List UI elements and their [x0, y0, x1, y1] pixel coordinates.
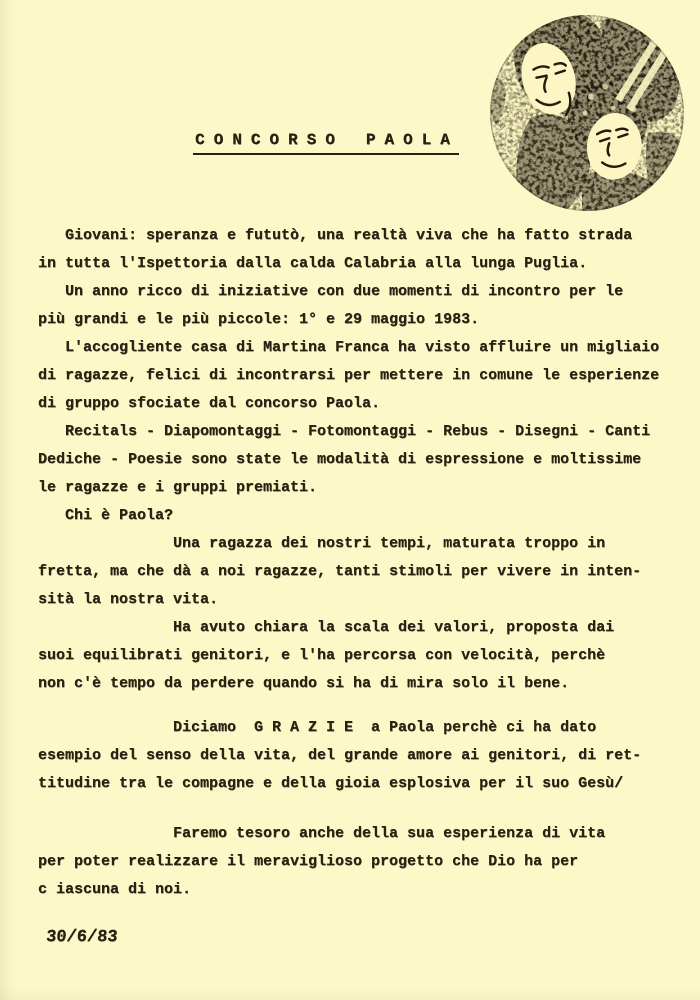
typewritten-line: non c'è tempo da perdere quando si ha di… — [38, 670, 678, 698]
typewritten-line: in tutta l'Ispettoria dalla calda Calabr… — [38, 250, 678, 278]
typewritten-line: Un anno ricco di iniziative con due mome… — [38, 278, 678, 306]
two-girls-halftone-photo-icon — [486, 12, 688, 214]
paragraph: Diciamo G R A Z I E a Paola perchè ci ha… — [38, 714, 678, 798]
paragraph: Chi è Paola? — [38, 502, 678, 530]
paragraph: Giovani: speranza e fututò, una realtà v… — [38, 222, 678, 278]
document-body: Giovani: speranza e fututò, una realtà v… — [38, 222, 678, 904]
document-page: CONCORSO PAOLA Giovani: speranza e futut… — [0, 0, 700, 1000]
paragraph: Faremo tesoro anche della sua esperienza… — [38, 820, 678, 904]
typewritten-line: Faremo tesoro anche della sua esperienza… — [38, 820, 678, 848]
typewritten-line: Dediche - Poesie sono state le modalità … — [38, 446, 678, 474]
typewritten-line: fretta, ma che dà a noi ragazze, tanti s… — [38, 558, 678, 586]
paragraph: L'accogliente casa di Martina Franca ha … — [38, 334, 678, 418]
paragraph: Recitals - Diapomontaggi - Fotomontaggi … — [38, 418, 678, 502]
paragraph: Un anno ricco di iniziative con due mome… — [38, 278, 678, 334]
typewritten-line: di gruppo sfociate dal concorso Paola. — [38, 390, 678, 418]
title-word-concorso: CONCORSO — [195, 131, 344, 149]
paragraph: Una ragazza dei nostri tempi, maturata t… — [38, 530, 678, 614]
typewritten-line: L'accogliente casa di Martina Franca ha … — [38, 334, 678, 362]
typewritten-line: di ragazze, felici di incontrarsi per me… — [38, 362, 678, 390]
typewritten-line: Una ragazza dei nostri tempi, maturata t… — [38, 530, 678, 558]
typewritten-line: più grandi e le più piccole: 1° e 29 mag… — [38, 306, 678, 334]
document-date: 30/6/83 — [45, 928, 118, 947]
typewritten-line: c iascuna di noi. — [38, 876, 678, 904]
title-word-paola: PAOLA — [366, 131, 459, 149]
paragraph: Ha avuto chiara la scala dei valori, pro… — [38, 614, 678, 698]
page-title: CONCORSO PAOLA — [193, 131, 459, 155]
typewritten-line: Chi è Paola? — [38, 502, 678, 530]
typewritten-line: per poter realizzare il meraviglioso pro… — [38, 848, 678, 876]
typewritten-line: Diciamo G R A Z I E a Paola perchè ci ha… — [38, 714, 678, 742]
typewritten-line: sità la nostra vita. — [38, 586, 678, 614]
typewritten-line: esempio del senso della vita, del grande… — [38, 742, 678, 770]
typewritten-line: titudine tra le compagne e della gioia e… — [38, 770, 678, 798]
typewritten-line: Recitals - Diapomontaggi - Fotomontaggi … — [38, 418, 678, 446]
typewritten-line: le ragazze e i gruppi premiati. — [38, 474, 678, 502]
typewritten-line: suoi equilibrati genitori, e l'ha percor… — [38, 642, 678, 670]
typewritten-line: Ha avuto chiara la scala dei valori, pro… — [38, 614, 678, 642]
typewritten-line: Giovani: speranza e fututò, una realtà v… — [38, 222, 678, 250]
